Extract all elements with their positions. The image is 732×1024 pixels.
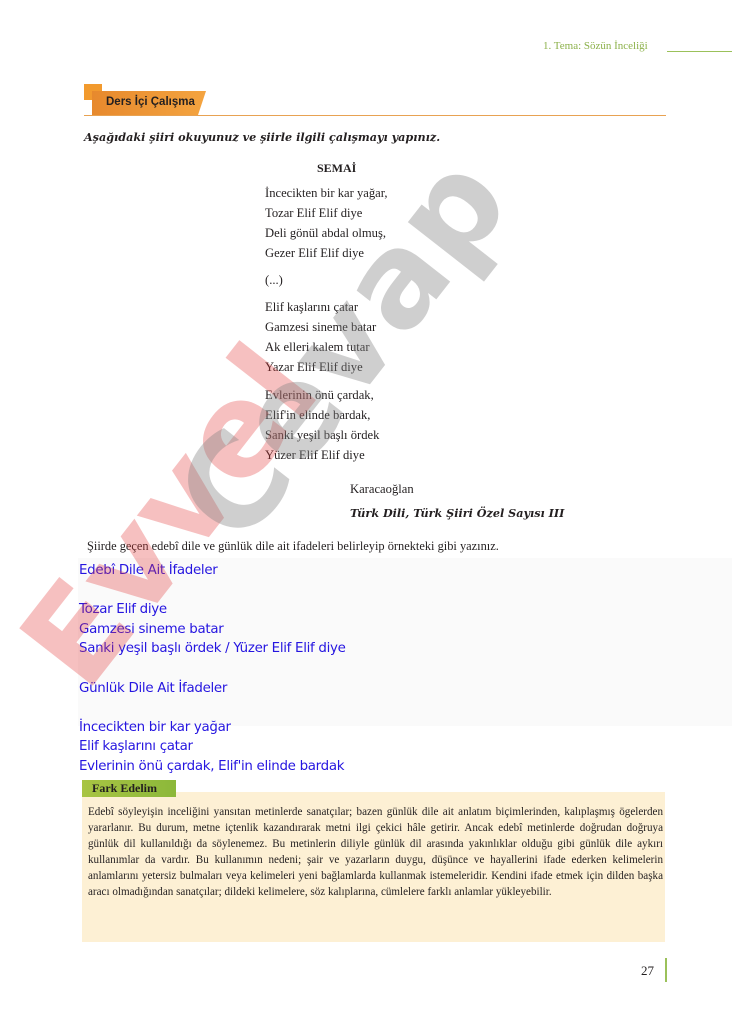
answer-item: Gamzesi sineme batar (79, 620, 346, 640)
poem-author: Karacaoğlan (350, 482, 414, 497)
answer-item: Sanki yeşil başlı ördek / Yüzer Elif Eli… (79, 639, 346, 659)
poem-line: Elif kaşlarını çatar (265, 297, 388, 317)
answer-item: İncecikten bir kar yağar (79, 718, 346, 738)
stanza-gap (265, 377, 388, 385)
daily-heading: Günlük Dile Ait İfadeler (79, 679, 346, 699)
poem-line: Deli gönül abdal olmuş, (265, 223, 388, 243)
section-divider (84, 115, 666, 116)
section-label: Ders İçi Çalışma (106, 96, 195, 108)
poem-line: Yüzer Elif Elif diye (265, 445, 388, 465)
instruction-text: Aşağıdaki şiiri okuyunuz ve şiirle ilgil… (84, 130, 440, 144)
answer-item: Elif kaşlarını çatar (79, 737, 346, 757)
poem-line: Tozar Elif Elif diye (265, 203, 388, 223)
poem-line: Gezer Elif Elif diye (265, 243, 388, 263)
answer-item: Tozar Elif diye (79, 600, 346, 620)
poem-title: SEMAİ (317, 161, 356, 176)
poem-line: Yazar Elif Elif diye (265, 357, 388, 377)
literary-heading: Edebî Dile Ait İfadeler (79, 561, 346, 581)
poem-line: Gamzesi sineme batar (265, 317, 388, 337)
spacer (79, 581, 346, 601)
poem-ellipsis: (...) (265, 270, 388, 290)
fark-edelim-label: Fark Edelim (92, 781, 157, 796)
spacer (79, 659, 346, 679)
poem-line: Sanki yeşil başlı ördek (265, 425, 388, 445)
poem-line: Ak elleri kalem tutar (265, 337, 388, 357)
answer-item: Evlerinin önü çardak, Elif'in elinde bar… (79, 757, 346, 777)
running-header-rule (667, 51, 732, 52)
spacer (79, 698, 346, 718)
fark-edelim-text: Edebî söyleyişin inceliğini yansıtan met… (88, 805, 663, 900)
page-number: 27 (641, 963, 654, 979)
running-header-title: 1. Tema: Sözün İnceliği (543, 40, 648, 52)
poem-line: Elif'in elinde bardak, (265, 405, 388, 425)
poem: İncecikten bir kar yağar, Tozar Elif Eli… (265, 183, 388, 465)
question-text: Şiirde geçen edebî dile ve günlük dile a… (87, 539, 499, 554)
poem-line: İncecikten bir kar yağar, (265, 183, 388, 203)
page-number-rule (665, 958, 667, 982)
poem-source: Türk Dili, Türk Şiiri Özel Sayısı III (350, 506, 564, 520)
answers: Edebî Dile Ait İfadeler Tozar Elif diye … (79, 561, 346, 777)
poem-line: Evlerinin önü çardak, (265, 385, 388, 405)
